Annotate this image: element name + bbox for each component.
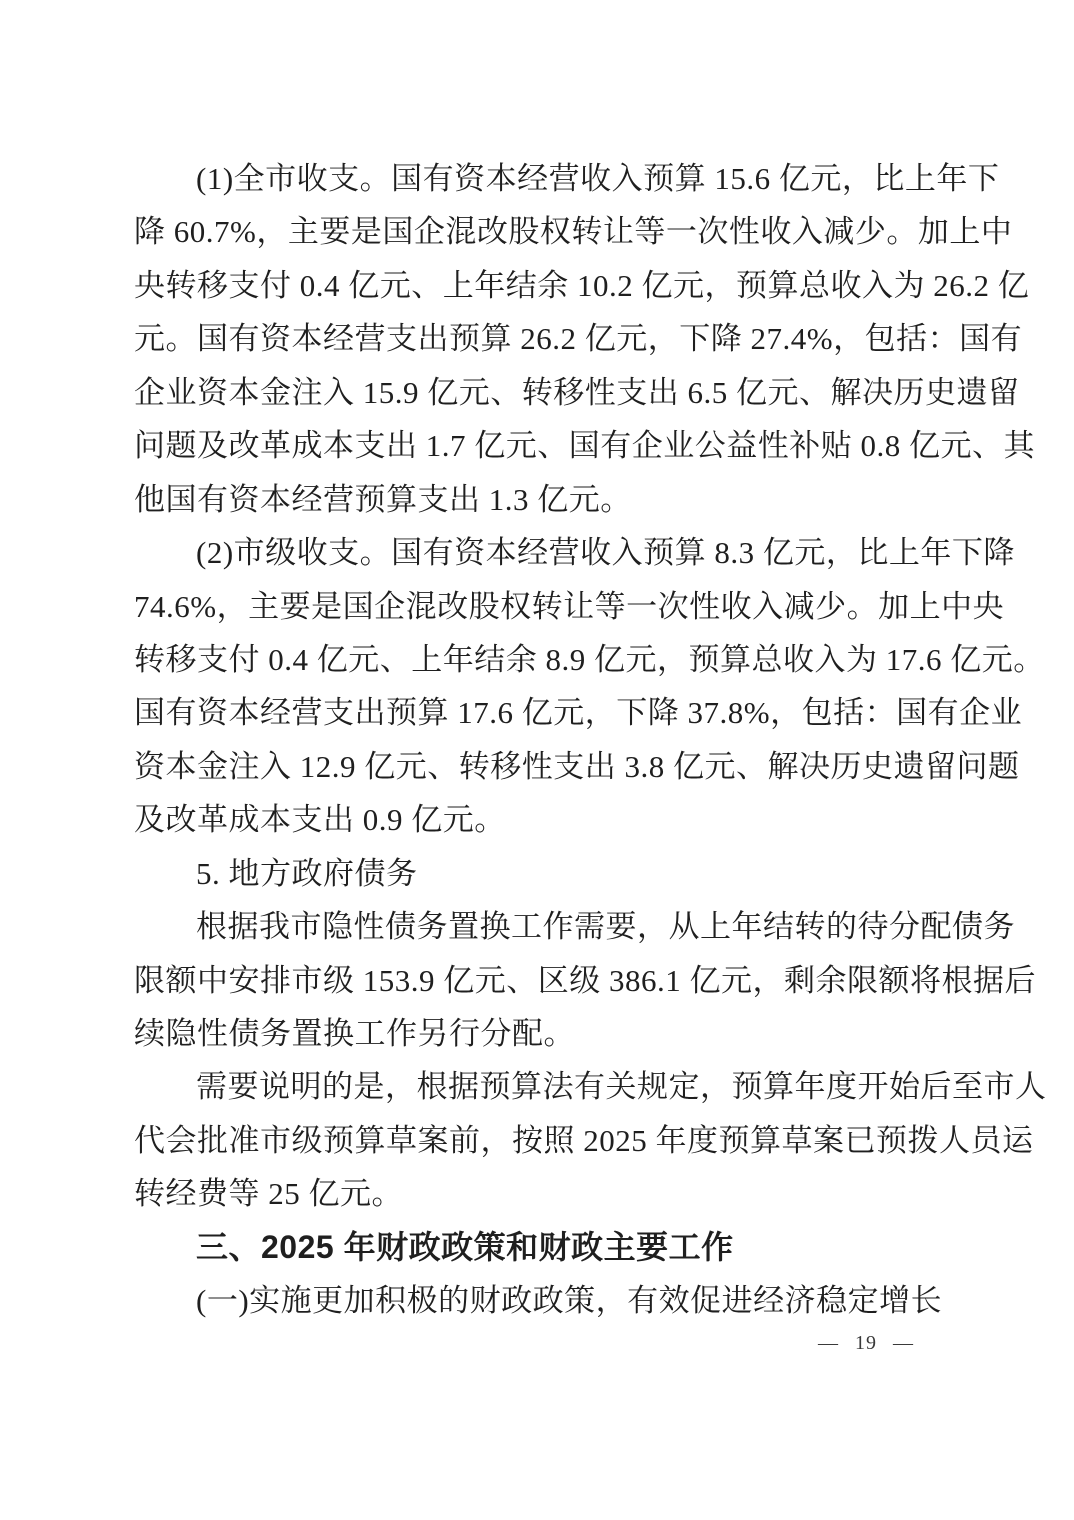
text-line: 5. 地方政府债务 — [134, 847, 946, 900]
page-number: — 19 — — [818, 1332, 914, 1355]
text-line: 需要说明的是，根据预算法有关规定，预算年度开始后至市人 — [134, 1060, 946, 1113]
text-line: 企业资本金注入 15.9 亿元、转移性支出 6.5 亿元、解决历史遗留 — [134, 366, 946, 419]
section-heading: 三、2025 年财政政策和财政主要工作 — [134, 1221, 946, 1274]
text-line: (1)全市收支。国有资本经营收入预算 15.6 亿元，比上年下 — [134, 152, 946, 205]
document-page: (1)全市收支。国有资本经营收入预算 15.6 亿元，比上年下降 60.7%，主… — [0, 0, 1074, 1520]
text-line: 资本金注入 12.9 亿元、转移性支出 3.8 亿元、解决历史遗留问题 — [134, 740, 946, 793]
text-line: 他国有资本经营预算支出 1.3 亿元。 — [134, 473, 946, 526]
text-line: (一)实施更加积极的财政政策，有效促进经济稳定增长 — [134, 1274, 946, 1327]
document-body: (1)全市收支。国有资本经营收入预算 15.6 亿元，比上年下降 60.7%，主… — [134, 152, 946, 1328]
text-line: 元。国有资本经营支出预算 26.2 亿元，下降 27.4%，包括：国有 — [134, 312, 946, 365]
text-line: 转移支付 0.4 亿元、上年结余 8.9 亿元，预算总收入为 17.6 亿元。 — [134, 633, 946, 686]
page-number-text: — 19 — — [818, 1332, 914, 1354]
text-line: 根据我市隐性债务置换工作需要，从上年结转的待分配债务 — [134, 900, 946, 953]
text-line: 央转移支付 0.4 亿元、上年结余 10.2 亿元，预算总收入为 26.2 亿 — [134, 259, 946, 312]
text-line: 问题及改革成本支出 1.7 亿元、国有企业公益性补贴 0.8 亿元、其 — [134, 419, 946, 472]
text-line: 转经费等 25 亿元。 — [134, 1167, 946, 1220]
text-line: 降 60.7%，主要是国企混改股权转让等一次性收入减少。加上中 — [134, 205, 946, 258]
text-line: 限额中安排市级 153.9 亿元、区级 386.1 亿元，剩余限额将根据后 — [134, 954, 946, 1007]
text-line: 国有资本经营支出预算 17.6 亿元，下降 37.8%，包括：国有企业 — [134, 686, 946, 739]
text-line: 续隐性债务置换工作另行分配。 — [134, 1007, 946, 1060]
text-line: 74.6%，主要是国企混改股权转让等一次性收入减少。加上中央 — [134, 580, 946, 633]
text-line: 及改革成本支出 0.9 亿元。 — [134, 793, 946, 846]
text-line: (2)市级收支。国有资本经营收入预算 8.3 亿元，比上年下降 — [134, 526, 946, 579]
text-line: 代会批准市级预算草案前，按照 2025 年度预算草案已预拨人员运 — [134, 1114, 946, 1167]
